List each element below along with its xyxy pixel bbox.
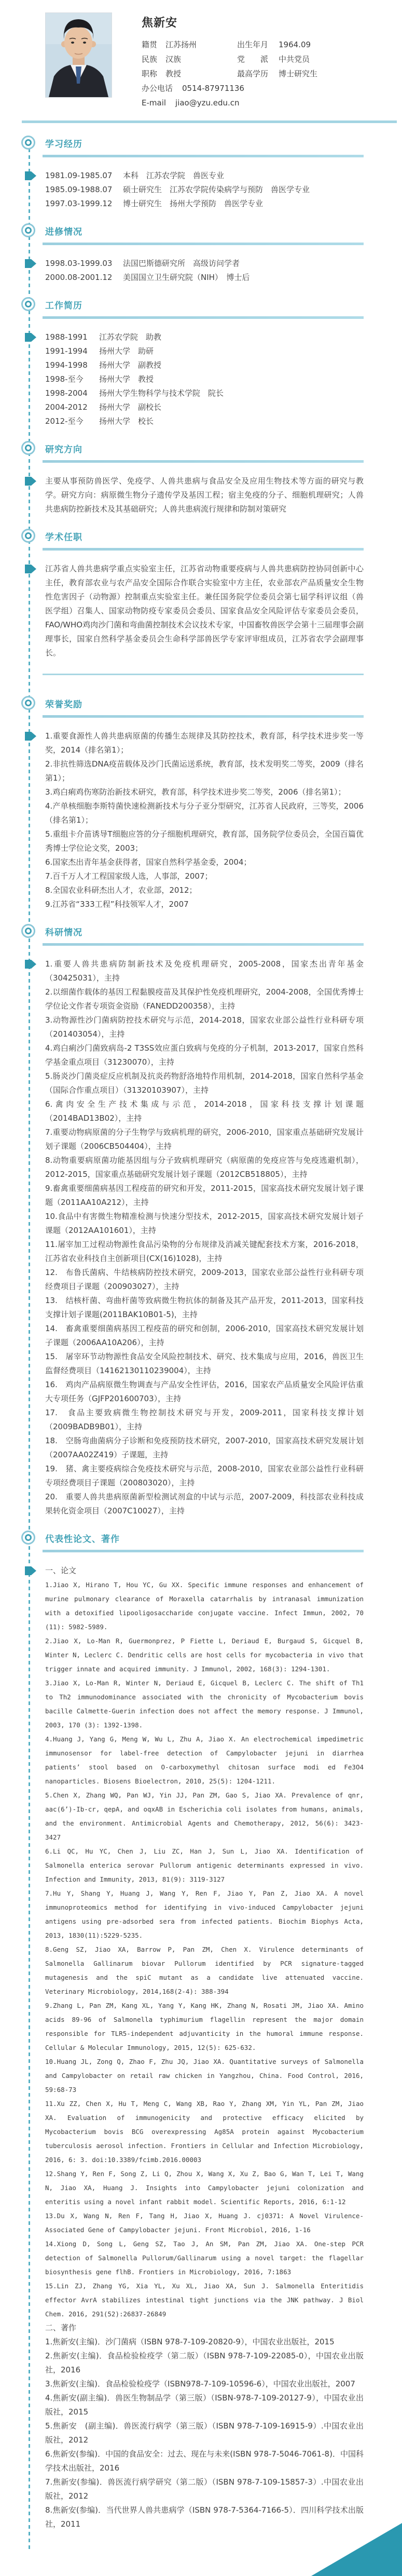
section-header: 学术任职 (45, 530, 364, 543)
section-body: 1.重要食源性人兽共患病原菌的传播生态规律及其防控技术，教育部，科学技术进步奖一… (45, 729, 364, 911)
section-study: 学习经历1981.09-1985.07本科 江苏农学院 兽医专业1985.09-… (45, 137, 364, 211)
info-value: 博士研究生 (279, 66, 402, 81)
numbered-item: 1.重要人兽共患病防制新技术及免疫机理研究，2005-2008，国家杰出青年基金… (45, 957, 364, 985)
numbered-item: 3.动物源性沙门菌病防控技术研究与示范，2014-2018，国家农业部公益性行业… (45, 1013, 364, 1041)
numbered-item: 14. 畜禽重要细菌病基因工程疫苗的研究和创制，2006-2010，国家高技术研… (45, 1322, 364, 1350)
info-label: 民族 (142, 52, 165, 66)
publication-item: 1.Jiao X, Hirano T, Hou YC, Gu XX. Speci… (45, 1578, 364, 1634)
timeline-detail: 江苏农学院 助教 (99, 330, 161, 344)
numbered-item: 6.国家杰出青年基金获得者，国家自然科学基金委，2004； (45, 855, 364, 869)
section-underline (43, 316, 364, 319)
numbered-item: 5.重组卡介苗诱导T细胞应答的分子细胞机理研究，教育部，国务院学位委员会，全国百… (45, 827, 364, 855)
timeline-detail: 本科 江苏农学院 兽医专业 (123, 169, 224, 183)
bullet-circle-inner (25, 1534, 32, 1541)
timeline-item: 1981.09-1985.07本科 江苏农学院 兽医专业 (45, 169, 364, 183)
info-label: 籍贯 (142, 37, 165, 52)
publication-item: 13.Du X, Wang N, Ren F, Tang H, Jiao X, … (45, 2209, 364, 2237)
sections-container: 学习经历1981.09-1985.07本科 江苏农学院 兽医专业1985.09-… (0, 123, 402, 2576)
publication-item: 9.Zhang L, Pan ZM, Kang XL, Yang Y, Kang… (45, 1998, 364, 2055)
section-title: 研究方向 (45, 442, 82, 455)
phone-value: 0514-87971136 (182, 81, 244, 96)
section-header: 荣誉奖励 (45, 697, 364, 710)
timeline-period: 1981.09-1985.07 (45, 169, 123, 183)
section-paragraph: 主要从事预防兽医学、免疫学、人兽共患病与食品安全及应用生物技术等方面的研究与教学… (45, 474, 364, 516)
info-label: 职称 (142, 66, 165, 81)
bullet-circle-inner (25, 700, 32, 706)
section-underline (43, 715, 364, 718)
corner-triangle-decoration (311, 2523, 402, 2576)
numbered-item: 7.百千万人才工程国家级人选，人事部，2007； (45, 869, 364, 883)
info-grid: 籍贯 江苏扬州 出生年月 1964.09 民族 汉族 党 派 中共党员 职称 教… (142, 37, 402, 81)
section-underline (43, 460, 364, 463)
timeline-detail: 博士研究生 扬州大学预防 兽医学专业 (123, 197, 263, 211)
timeline-item: 1988-1991江苏农学院 助教 (45, 330, 364, 344)
timeline-detail: 扬州大学 教授 (99, 372, 154, 386)
numbered-item: 11.屠宰加工过程动物源性食品污染物的分布规律及消减关键配套技术方案，2016-… (45, 1238, 364, 1266)
section-publications: 代表性论文、著作一、论文1.Jiao X, Hirano T, Hou YC, … (45, 1532, 364, 2531)
publication-item: 6.焦新安(参编)．中国的食品安全：过去、现在与未来(ISBN 978-7-50… (45, 2447, 364, 2475)
section-body: 1988-1991江苏农学院 助教1991-1994扬州大学 助研1994-19… (45, 330, 364, 428)
publication-item: 5.焦新安 (副主编)．兽医流行病学（第三版）（ISBN 978-7-109-1… (45, 2419, 364, 2447)
publication-item: 7.Hu Y, Shang Y, Huang J, Wang Y, Ren F,… (45, 1886, 364, 1942)
section-title: 学术任职 (45, 530, 82, 543)
info-value: 1964.09 (279, 37, 402, 52)
numbered-item: 18. 空肠弯曲菌病分子诊断和免疫预防技术研究，2007-2010，国家高技术研… (45, 1434, 364, 1462)
publication-item: 2.Jiao X, Lo-Man R, Guermonprez, P Fiett… (45, 1634, 364, 1676)
timeline-item: 1998.03-1999.03法国巴斯德研究所 高级访问学者 (45, 257, 364, 271)
section-body: 主要从事预防兽医学、免疫学、人兽共患病与食品安全及应用生物技术等方面的研究与教学… (45, 474, 364, 516)
timeline-detail: 扬州大学 副教授 (99, 358, 161, 372)
section-header: 科研情况 (45, 925, 364, 938)
publication-item: 15.Lin ZJ, Zhang YG, Xia YL, Xu XL, Jiao… (45, 2279, 364, 2321)
arrow-marker-icon (25, 477, 36, 486)
timeline-detail: 扬州大学 校长 (99, 414, 154, 428)
bullet-circle-inner (25, 445, 32, 451)
section-divider (43, 674, 364, 675)
portrait-photo-image (46, 13, 112, 97)
section-underline (43, 155, 364, 157)
publication-item: 7.焦新安(参编)．兽医流行病学研究（第二版）（ISBN 978-7-109-1… (45, 2475, 364, 2503)
numbered-item: 20. 重要人兽共患病原菌新型检测试剂盒的中试与示范，2007-2009，科技部… (45, 1490, 364, 1518)
bullet-circle-icon (21, 924, 35, 938)
section-work: 工作简历1988-1991江苏农学院 助教1991-1994扬州大学 助研199… (45, 298, 364, 428)
bullet-circle-inner (25, 301, 32, 307)
email-row: E-mail jiao@yzu.edu.cn (142, 96, 402, 110)
info-label: 党 派 (237, 52, 279, 66)
section-body: 1981.09-1985.07本科 江苏农学院 兽医专业1985.09-1988… (45, 169, 364, 211)
bullet-circle-icon (21, 696, 35, 710)
publication-group-heading: 一、论文 (45, 1564, 364, 1578)
bullet-circle-icon (21, 297, 35, 311)
timeline-item: 1985.09-1988.07硕士研究生 江苏农学院传染病学与预防 兽医学专业 (45, 183, 364, 197)
arrow-marker-icon (25, 333, 36, 342)
numbered-item: 2.以细菌作载体的基因工程黏膜疫苗及其保护性免疫机理研究，2004-2008，全… (45, 985, 364, 1013)
bullet-circle-icon (21, 136, 35, 150)
timeline-item: 1991-1994扬州大学 助研 (45, 344, 364, 358)
bullet-circle-inner (25, 532, 32, 539)
info-label: 最高学历 (237, 66, 279, 81)
section-body: 江苏省人兽共患病学重点实验室主任，江苏省动物重要疫病与人兽共患病防控协同创新中心… (45, 562, 364, 660)
numbered-item: 1.重要食源性人兽共患病原菌的传播生态规律及其防控技术，教育部，科学技术进步奖一… (45, 729, 364, 757)
header-info: 焦新安 籍贯 江苏扬州 出生年月 1964.09 民族 汉族 党 派 中共党员 … (142, 13, 402, 110)
bullet-circle-inner (25, 928, 32, 934)
timeline-item: 2012-至今扬州大学 校长 (45, 414, 364, 428)
bullet-circle-icon (21, 1531, 35, 1545)
timeline-period: 2000.08-2001.12 (45, 271, 123, 285)
numbered-item: 17. 食品主要致病微生物控制技术研究与开发，2009-2011，国家科技支撑计… (45, 1406, 364, 1434)
numbered-item: 3.鸡白痢鸡伤寒防治新技术研究，教育部，科学技术进步奖二等奖，2006（排名第1… (45, 785, 364, 799)
section-header: 进修情况 (45, 224, 364, 238)
publication-item: 8.Geng SZ, Jiao XA, Barrow P, Pan ZM, Ch… (45, 1942, 364, 1998)
timeline-item: 1998-至今扬州大学 教授 (45, 372, 364, 386)
timeline-detail: 美国国立卫生研究院（NIH） 博士后 (123, 271, 249, 285)
numbered-item: 6.禽肉安全生产技术集成与示范，2014-2018，国家科技支撑计划课题（201… (45, 1097, 364, 1125)
timeline-period: 2004-2012 (45, 400, 99, 414)
info-value: 江苏扬州 (165, 37, 237, 52)
timeline-period: 1994-1998 (45, 358, 99, 372)
section-projects: 科研情况1.重要人兽共患病防制新技术及免疫机理研究，2005-2008，国家杰出… (45, 925, 364, 1518)
numbered-item: 12. 布鲁氏菌病、牛结核病防控技术研究，2009-2013，国家农业部公益性行… (45, 1266, 364, 1294)
timeline-item: 1994-1998扬州大学 副教授 (45, 358, 364, 372)
numbered-item: 8.动物重要病原菌功能基因组与分子致病机理研究（病原菌的免疫应答与免疫逃避机制）… (45, 1153, 364, 1182)
info-value: 中共党员 (279, 52, 402, 66)
numbered-item: 8.全国农业科研杰出人才，农业部，2012； (45, 883, 364, 897)
publication-item: 10.Huang JL, Zong Q, Zhao F, Zhu JQ, Jia… (45, 2055, 364, 2097)
timeline-period: 1998-2004 (45, 386, 99, 400)
section-title: 学习经历 (45, 137, 82, 150)
email-label: E-mail (142, 96, 166, 110)
section-header: 学习经历 (45, 137, 364, 150)
numbered-item: 13. 结核杆菌、弯曲杆菌等致病微生物抗体的制备及其产品开发，2011-2013… (45, 1294, 364, 1322)
timeline-dashed-line (29, 142, 30, 2549)
phone-row: 办公电话 0514-87971136 (142, 81, 402, 96)
bullet-circle-icon (21, 441, 35, 455)
arrow-marker-icon (25, 259, 36, 268)
numbered-item: 10.食品中有害微生物精准检测与快速分型技术，2012-2015，国家高技术研究… (45, 1210, 364, 1238)
timeline-detail: 扬州大学生物科学与技术学院 院长 (99, 386, 224, 400)
publication-item: 14.Xiong D, Song L, Geng SZ, Tao J, An S… (45, 2237, 364, 2279)
publication-item: 4.Huang J, Yang G, Meng W, Wu L, Zhu A, … (45, 1732, 364, 1788)
section-header: 工作简历 (45, 298, 364, 312)
arrow-marker-icon (25, 1566, 36, 1575)
arrow-marker-icon (25, 732, 36, 741)
section-underline (43, 1550, 364, 1552)
section-academic-positions: 学术任职江苏省人兽共患病学重点实验室主任，江苏省动物重要疫病与人兽共患病防控协同… (45, 530, 364, 660)
numbered-item: 2.非抗性筛选DNA疫苗载体及沙门氏菌运送系统，教育部，技术发明奖二等奖，200… (45, 757, 364, 785)
publication-item: 5.Chen X, Zhang WQ, Pan WJ, Yin JJ, Pan … (45, 1788, 364, 1844)
timeline-period: 1998.03-1999.03 (45, 257, 123, 271)
numbered-item: 9.江苏省“333工程”科技领军人才，2007 (45, 897, 364, 911)
timeline-period: 1998-至今 (45, 372, 99, 386)
info-value: 教授 (165, 66, 237, 81)
timeline-item: 1997.03-1999.12博士研究生 扬州大学预防 兽医学专业 (45, 197, 364, 211)
timeline-detail: 扬州大学 副校长 (99, 400, 161, 414)
profile-page: 焦新安 籍贯 江苏扬州 出生年月 1964.09 民族 汉族 党 派 中共党员 … (0, 0, 402, 2576)
section-title: 荣誉奖励 (45, 697, 82, 710)
arrow-marker-icon (25, 565, 36, 573)
arrow-marker-icon (25, 960, 36, 969)
email-value: jiao@yzu.edu.cn (175, 96, 240, 110)
timeline-item: 2000.08-2001.12美国国立卫生研究院（NIH） 博士后 (45, 271, 364, 285)
section-header: 研究方向 (45, 442, 364, 455)
timeline-period: 2012-至今 (45, 414, 99, 428)
timeline-item: 1998-2004扬州大学生物科学与技术学院 院长 (45, 386, 364, 400)
profile-header: 焦新安 籍贯 江苏扬州 出生年月 1964.09 民族 汉族 党 派 中共党员 … (0, 0, 402, 110)
publication-item: 11.Xu ZZ, Chen X, Hu T, Meng C, Wang XB,… (45, 2097, 364, 2167)
bullet-circle-icon (21, 529, 35, 543)
numbered-item: 7.重要动物病原菌的分子生物学与致病机理的研究，2006-2010，国家重点基础… (45, 1125, 364, 1153)
publication-item: 4.焦新安(副主编)．兽医生物制品学（第三版）（ISBN-978-7-109-2… (45, 2391, 364, 2419)
section-underline (43, 943, 364, 946)
publication-item: 1.焦新安(主编)．沙门菌病（ISBN 978-7-109-20820-9），中… (45, 2335, 364, 2349)
publication-item: 2.焦新安(主编)．食品检验检疫学（第二版）（ISBN 978-7-109-22… (45, 2349, 364, 2377)
numbered-item: 9.畜禽重要细菌病基因工程疫苗的研究和开发，2011-2015，国家高技术研究发… (45, 1182, 364, 1210)
section-underline (43, 548, 364, 551)
bullet-circle-inner (25, 227, 32, 234)
section-body: 1998.03-1999.03法国巴斯德研究所 高级访问学者2000.08-20… (45, 257, 364, 285)
timeline-detail: 硕士研究生 江苏农学院传染病学与预防 兽医学专业 (123, 183, 310, 197)
publication-item: 3.Jiao X, Lo-Man R, Winter N, Deriaud E,… (45, 1676, 364, 1732)
section-title: 代表性论文、著作 (45, 1532, 120, 1545)
portrait-photo (46, 13, 112, 97)
phone-label: 办公电话 (142, 81, 173, 96)
arrow-marker-icon (25, 171, 36, 180)
timeline-period: 1991-1994 (45, 344, 99, 358)
numbered-item: 4.鸡白痢沙门菌致病岛-2 T3SS效应蛋白致病与免疫的分子机制，2013-20… (45, 1041, 364, 1069)
numbered-item: 4.产单核细胞李斯特菌快速检测新技术与分子亚分型研究，江苏省人民政府，三等奖，2… (45, 799, 364, 827)
section-paragraph: 江苏省人兽共患病学重点实验室主任，江苏省动物重要疫病与人兽共患病防控协同创新中心… (45, 562, 364, 660)
timeline-period: 1988-1991 (45, 330, 99, 344)
publication-item: 3.焦新安(主编)．食品检验检疫学（ISBN978-7-109-10596-6）… (45, 2377, 364, 2391)
section-body: 一、论文1.Jiao X, Hirano T, Hou YC, Gu XX. S… (45, 1564, 364, 2531)
publication-item: 12.Shang Y, Ren F, Song Z, Li Q, Zhou X,… (45, 2167, 364, 2209)
timeline-detail: 法国巴斯德研究所 高级访问学者 (123, 257, 240, 271)
numbered-item: 19. 猪、禽主要疫病综合免疫技术研究与示范，2008-2010，国家农业部公益… (45, 1462, 364, 1490)
timeline-period: 1997.03-1999.12 (45, 197, 123, 211)
person-name: 焦新安 (142, 14, 402, 30)
section-header: 代表性论文、著作 (45, 1532, 364, 1545)
section-title: 工作简历 (45, 298, 82, 311)
numbered-item: 5.肠炎沙门菌炎症反应机制及抗炎药物舒洛地特作用机制，2014-2018，国家自… (45, 1069, 364, 1097)
publication-item: 6.Li QC, Hu YC, Chen J, Liu ZC, Han J, S… (45, 1844, 364, 1886)
numbered-item: 15. 屠宰环节动物源性食品安全风险控制技术、研究、技术集成与应用，2016，兽… (45, 1350, 364, 1378)
section-underline (43, 243, 364, 245)
info-label: 出生年月 (237, 37, 279, 52)
timeline-item: 2004-2012扬州大学 副校长 (45, 400, 364, 414)
info-value: 汉族 (165, 52, 237, 66)
publication-group-heading: 二、著作 (45, 2321, 364, 2335)
bullet-circle-icon (21, 223, 35, 237)
section-body: 1.重要人兽共患病防制新技术及免疫机理研究，2005-2008，国家杰出青年基金… (45, 957, 364, 1518)
section-honors: 荣誉奖励1.重要食源性人兽共患病原菌的传播生态规律及其防控技术，教育部，科学技术… (45, 697, 364, 911)
section-title: 科研情况 (45, 925, 82, 938)
section-title: 进修情况 (45, 224, 82, 237)
numbered-item: 16. 鸡肉产品病原微生物调查与产品安全性评估，2016，国家农产品质量安全风险… (45, 1378, 364, 1406)
bullet-circle-inner (25, 139, 32, 146)
section-research-direction: 研究方向主要从事预防兽医学、免疫学、人兽共患病与食品安全及应用生物技术等方面的研… (45, 442, 364, 516)
section-training: 进修情况1998.03-1999.03法国巴斯德研究所 高级访问学者2000.0… (45, 224, 364, 285)
timeline-period: 1985.09-1988.07 (45, 183, 123, 197)
timeline-detail: 扬州大学 助研 (99, 344, 154, 358)
